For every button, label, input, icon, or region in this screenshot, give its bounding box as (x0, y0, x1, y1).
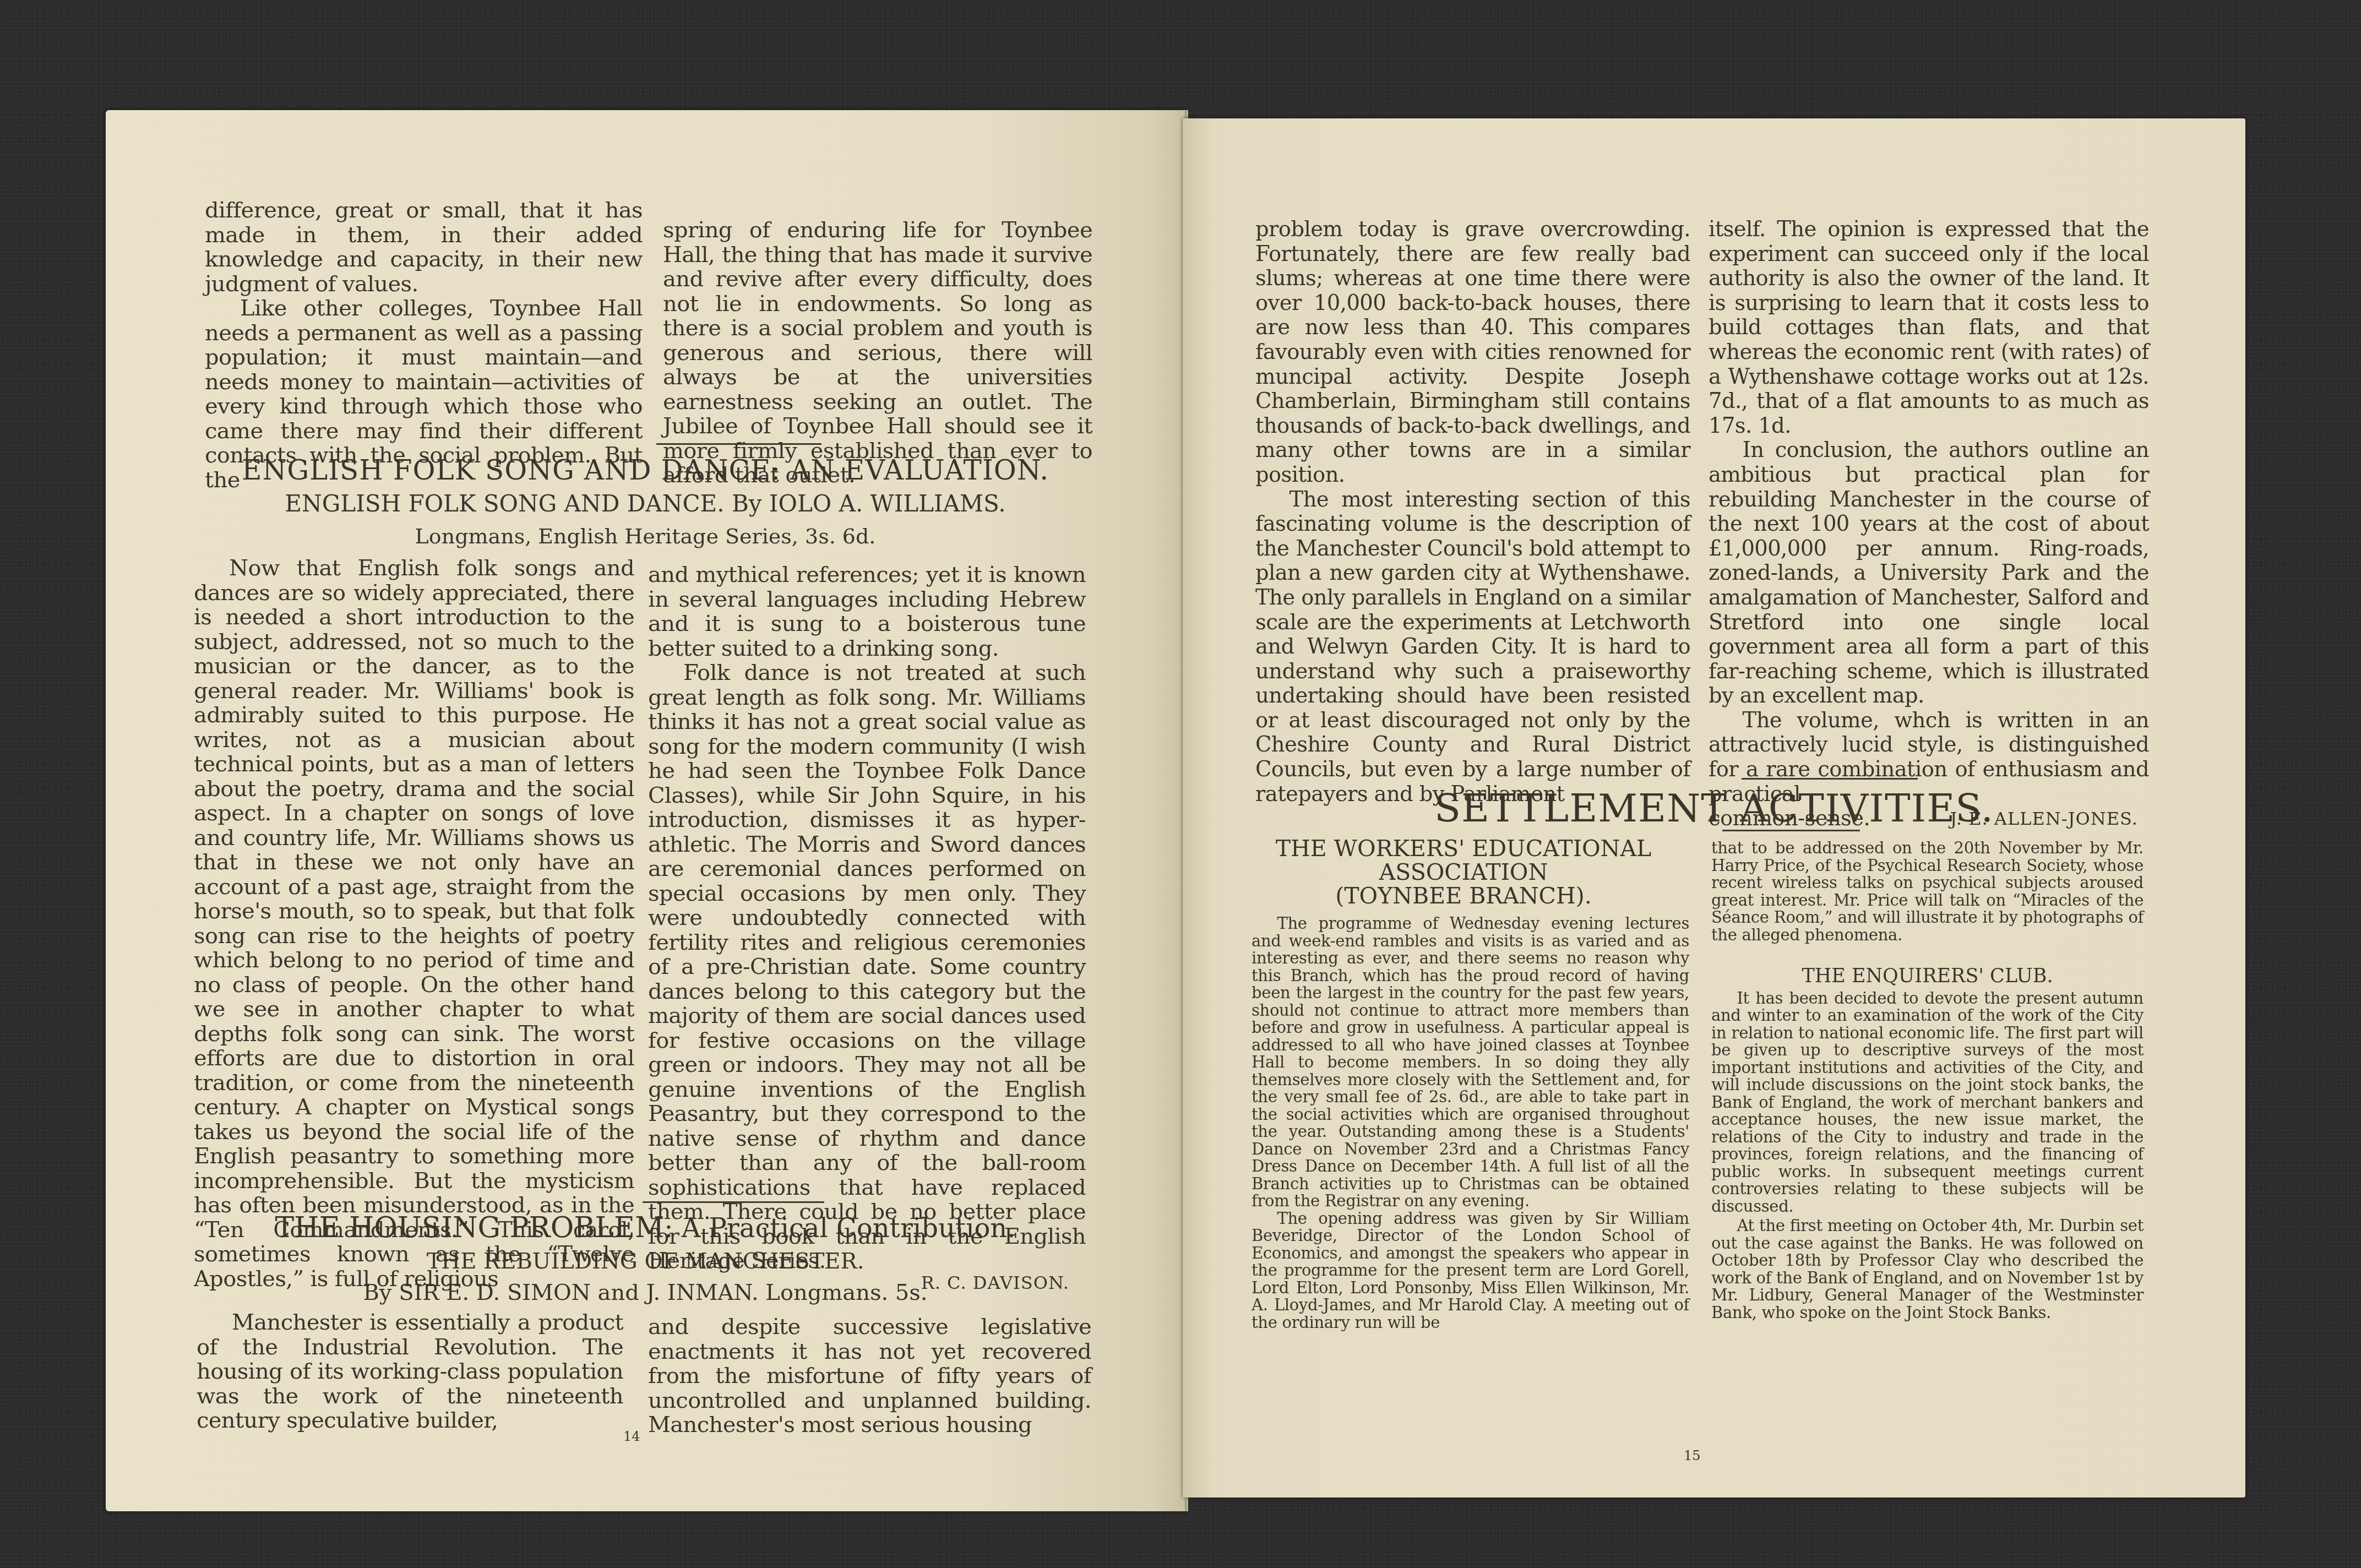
housing-review-column-right: and despite successive legislative enact… (648, 1315, 1091, 1438)
folk-review-book-line: ENGLISH FOLK SONG AND DANCE. By IOLO A. … (106, 490, 1185, 517)
section-divider (656, 443, 822, 445)
folk-review-title: ENGLISH FOLK SONG AND DANCE: AN EVALUATI… (106, 454, 1185, 486)
paragraph: The most interesting section of this fas… (1255, 488, 1690, 807)
housing-review-author-line: By SIR E. D. SIMON and J. INMAN. Longman… (106, 1280, 1185, 1305)
wea-heading-line: ASSOCIATION (1243, 861, 1684, 884)
paragraph: Now that English folk songs and dances a… (194, 556, 634, 1291)
section-divider (643, 1201, 824, 1203)
housing-review-title: THE HOUSING PROBLEM: A Practical Contrib… (106, 1211, 1185, 1244)
section-divider (1722, 830, 1860, 831)
folk-review-publisher: Longmans, English Heritage Series, 3s. 6… (106, 524, 1185, 548)
paragraph: and despite successive legislative enact… (648, 1315, 1091, 1438)
settlement-activities-title: SETTLEMENT ACTIVITIES. (1183, 786, 2245, 831)
wea-heading-line: THE WORKERS' EDUCATIONAL (1243, 837, 1684, 861)
page-14: difference, great or small, that it has … (106, 110, 1185, 1511)
housing-review-book-line: THE REBUILDING OF MANCHESTER. (106, 1249, 1185, 1274)
housing-title-subtitle: : A Practical Contribution. (664, 1213, 1015, 1244)
section-divider (1742, 778, 1918, 780)
intro-column-left: difference, great or small, that it has … (205, 198, 643, 492)
paragraph: Manchester is essentially a product of t… (197, 1310, 623, 1433)
paragraph: In conclusion, the authors outline an am… (1709, 438, 2149, 709)
page-number: 15 (1684, 1448, 1701, 1463)
housing-title-caps: THE HOUSING PROBLEM (275, 1211, 664, 1244)
page-number: 14 (623, 1429, 640, 1444)
paragraph: Folk dance is not treated at such great … (648, 661, 1086, 1273)
wea-column-left: The programme of Wednesday evening lectu… (1252, 915, 1689, 1331)
housing-review-column-left: Manchester is essentially a product of t… (197, 1310, 623, 1433)
wea-heading-line: (TOYNBEE BRANCH). (1243, 884, 1684, 908)
paragraph: At the first meeting on October 4th, Mr.… (1711, 1217, 2144, 1321)
wea-column-right: that to be addressed on the 20th Novembe… (1711, 840, 2144, 1321)
paragraph: itself. The opinion is expressed that th… (1709, 217, 2149, 438)
paragraph: and mythical references; yet it is known… (648, 563, 1086, 661)
paragraph: The opening address was given by Sir Wil… (1252, 1210, 1689, 1332)
folk-review-column-left: Now that English folk songs and dances a… (194, 556, 634, 1291)
paragraph: that to be addressed on the 20th Novembe… (1711, 840, 2144, 944)
housing-continued-column-right: itself. The opinion is expressed that th… (1709, 217, 2149, 831)
paragraph: spring of enduring life for Toynbee Hall… (663, 218, 1092, 488)
wea-heading: THE WORKERS' EDUCATIONAL ASSOCIATION (TO… (1243, 837, 1684, 908)
paragraph: It has been decided to devote the presen… (1711, 990, 2144, 1216)
housing-continued-column-left: problem today is grave overcrowding. For… (1255, 217, 1690, 807)
paragraph: problem today is grave overcrowding. For… (1255, 217, 1690, 488)
enquirers-club-heading: THE ENQUIRERS' CLUB. (1711, 968, 2144, 986)
page-15: problem today is grave overcrowding. For… (1183, 118, 2245, 1498)
paragraph: difference, great or small, that it has … (205, 198, 643, 296)
paragraph: The programme of Wednesday evening lectu… (1252, 915, 1689, 1210)
folk-review-column-right: and mythical references; yet it is known… (648, 563, 1086, 1292)
intro-column-right: spring of enduring life for Toynbee Hall… (663, 218, 1092, 488)
